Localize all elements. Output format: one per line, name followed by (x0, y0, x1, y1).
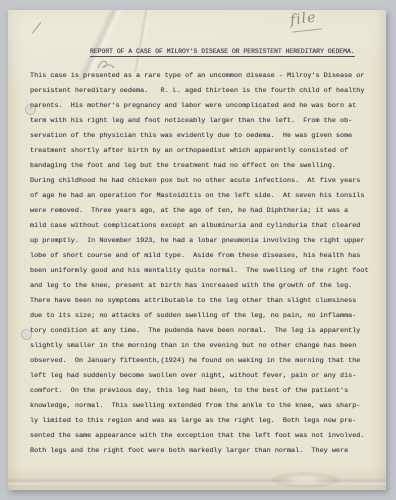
document-body-text: This case is presented as a rare type of… (30, 69, 369, 459)
document-title: REPORT OF A CASE OF MILROY'S DISEASE OR … (90, 47, 355, 56)
file-note-underline (292, 28, 322, 32)
paper-crease-bottom (8, 474, 386, 488)
document-page: file REPORT OF A CASE OF MILROY'S DISEAS… (8, 10, 386, 490)
punch-hole-bottom (21, 329, 32, 340)
handwritten-file-note: file (289, 9, 317, 28)
punch-hole-top (25, 104, 36, 115)
paper-crease-top (126, 10, 156, 72)
pencil-tick-mark (32, 22, 42, 34)
desk-background: file REPORT OF A CASE OF MILROY'S DISEAS… (0, 0, 396, 500)
paper-wrinkle-bottom-right (270, 472, 340, 488)
